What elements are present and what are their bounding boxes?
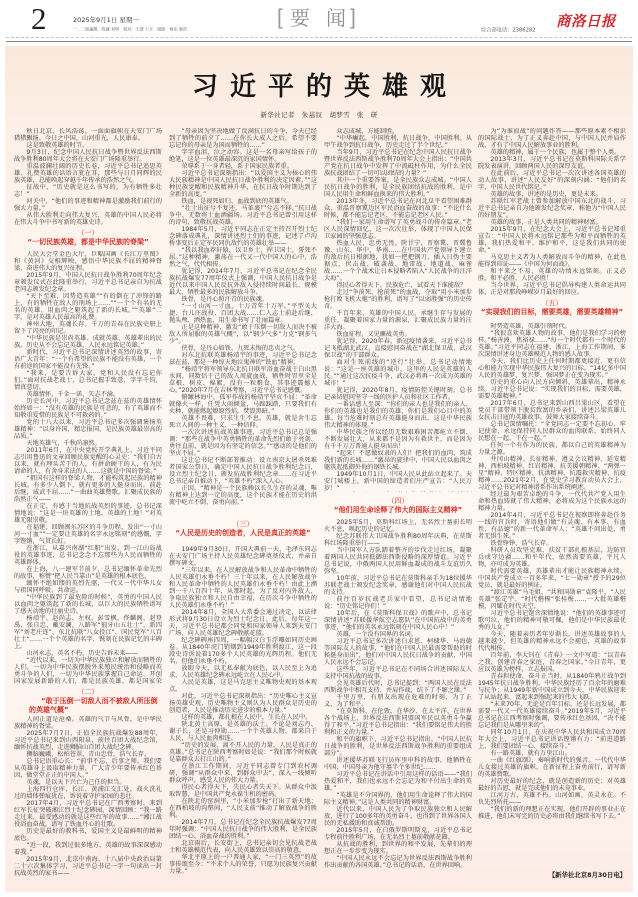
paragraph: “渡江英雄”马毛姐、“共和国勋章”袁隆平、“人民英雄”张定宇、“时代楷模”张桂梅… <box>478 589 626 610</box>
section-heading-5: （五） “实现我们的目标，需要英雄，需要英雄精神” <box>478 299 626 317</box>
paragraph: “英雄是不分国界的，他们用生命诠释了伟大的国际主义精神。”这是人类共同的精神财富… <box>324 792 472 806</box>
paragraph: 这是致敬英雄的时节。 <box>14 142 162 149</box>
paragraph: “我很喜欢英雄人物的故事，他们是我们学习的榜样。”杨善洲、焦裕禄……“每一个时代… <box>478 330 626 358</box>
paragraph: 2014年4月，习近平总书记在视察即将奔赴任务一线的官兵时，寄语他们做“有灵魂、… <box>478 512 626 540</box>
paragraph: 2014年7月，总书记在纪念全民族抗战爆发77周年时强调：“中国人民抗日战争的伟… <box>169 819 317 840</box>
paragraph: 2011年6月，在中央党校开学典礼上，习近平同志引用鲁迅的文章回顾民族觉醒的心灵… <box>14 447 162 475</box>
paragraph: 上海四行仓库，长江、黄浦江交汇处，战火洗礼过的墙体弹痕犹在，诉说着守护家园的悲壮… <box>14 786 162 800</box>
paragraph: 英魂，是以天下兴亡为己任的担当。 <box>14 779 162 786</box>
paragraph: 众志成城，方能制胜。 <box>324 128 472 135</box>
paragraph: “中华民族到了最危险的时候”，英勇的中国人民以血肉之躯筑起了新的长城，以巨大的民… <box>14 594 162 615</box>
paragraph: 一番话感人至深：“你们的亲人也是我们的亲人，你们的英雄也是我们的英雄，你们是我们… <box>324 401 472 429</box>
paragraph: 时势造英雄，英雄引领时代。 <box>478 323 626 330</box>
column-text-block: 1949年9月30日，开国大典前一天，毛泽东同志在天安门广场主持人民英雄纪念碑奠… <box>169 546 317 882</box>
paragraph: 对历史最好的纪念，就是创造新的历史；对英雄最好的告慰，就是完成他们的未竟事业。 <box>478 778 626 792</box>
column-text-block: 时势造英雄，英雄引领时代。 “我很喜欢英雄人物的故事，他们是我们学习的榜样。”杨… <box>478 323 626 869</box>
paragraph: 2025年7月7日，正值全民族抗战爆发88周年，习近平总书记来到山西阳泉，前往百… <box>14 730 162 751</box>
column-text-block: 秋日北京，长风浩荡。一面面旗帜在天安门广场猎猎飘扬。今日之中国，山河重光，人民康… <box>14 128 162 226</box>
paragraph: 在正定，有感于当地抗战英烈的事迹，总书记深情地说：“这是一块英雄的土地，英雄的土… <box>14 503 162 524</box>
paragraph: 犹记得，2020年春，新冠疫情袭来，习近平总书记飞抵湖北武汉，直接慰问奋战在“湖… <box>324 338 472 359</box>
paragraph: 近代以来，中国人民为了争取民族独立和人民解放，进行了100多年的英勇奋斗，也得到… <box>324 806 472 827</box>
paragraph: 千里万里，有朋友出现在危难的时刻，为了正义、为了和平。 <box>324 694 472 708</box>
section-heading-3: （三） “人民是历史的创造者，人民是真正的英雄” <box>169 520 317 538</box>
paragraph: 新时代，习近平总书记深情讲述英烈的故事，寄语广大青年：“一个有希望的民族不能没有… <box>14 349 162 370</box>
paragraph: 时代需要英雄，英雄辈出才能让民族精神永续。中国共产党成立一百多年来，“七一勋章”… <box>478 568 626 589</box>
paragraph: 2014年8月，全国人大常委会通过决定，以法律形式将9月30日设立为烈士纪念日。… <box>169 609 317 637</box>
paragraph: 习近平总书记多次讲述白求恩、柯棣华、马海德等国际友人的故事，“他们在中国人民最需… <box>324 638 472 666</box>
column-text-block: 众志成城，方能制胜。 “中华崛起，中国胜利，抗日战争，中国胜利。从甲午战争到抗日… <box>324 128 472 492</box>
paragraph: 山河永志，英名不朽。历史告诉未来—— <box>14 650 162 657</box>
paragraph: 在此前后，习近平总书记一次次讲述各国英雄的动人故事，讲述“人民友好”的深刻内涵：… <box>478 170 626 191</box>
paragraph: “中华民族是崇尚英雄、成就英雄、英雄辈出的民族。历史从不会忘记英雄，人民永远铭记… <box>14 335 162 349</box>
paragraph: 2015年5月，在白俄罗斯明斯克，习近平总书记专程前往胜利广场，在无名烈士墓前敬… <box>324 827 472 841</box>
paragraph: 10年前，习近平总书记在莫斯科亲手为18位援华苏联老战士颁发纪念奖章，感谢他们对… <box>324 575 472 596</box>
paragraph: 在陕北的窑洞里，“小米加步枪”打出了新天地；在西柏坡的沟壑间，“人民支前”推动了… <box>169 798 317 819</box>
paragraph: 这些年，习近平总书记在不同场合讲述国际友人支持中国抗战的故事。 <box>324 666 472 680</box>
column-text-block: “母亲因为坚决地做了反满抗日的斗争，今天已经到了牺牲的前夕了……在你长大成人之后… <box>169 128 317 513</box>
paragraph: 纪念碑碑座四周，一幅幅汉白玉浮雕如同历史画卷。从1840年虎门销烟到1949年胜… <box>169 637 317 665</box>
paragraph: 为“为谁而战”的问题作答——那些原本素不相识的国际战士，为了正义奔赴中国，与中国… <box>478 128 626 149</box>
paragraph: 习近平总书记深刻指出：“以爱国主义为核心的伟大民族精神是中国人民抗日战争胜利的决… <box>169 170 317 198</box>
paragraph: 华北平原上的一户普通人家，“一门三英烈”的故事传颂至今：“不求个人的荣誉，只愿为… <box>169 854 317 875</box>
paragraph: 百年前，李大钊在《青春》一文中写道：“以青春之我，创建青春之家庭，青春之国家。”… <box>478 652 626 673</box>
paragraph: 字字血泪，泣之动容。这是一名母亲写给孩子的绝笔，这是一位英雄最深沉的家国情怀。 <box>169 149 317 163</box>
paragraph: 热血人民，忠勇无畏。陕甘宁、晋察冀、晋冀鲁豫、山东、华中、华南……在中国共产党领… <box>324 240 472 282</box>
paragraph: “我来，是要告诉大家，党和人民没有忘记你们。”面对抗战老战士，总书记握手致意，字… <box>14 370 162 391</box>
paragraph: 英雄情怀，千金一诺，矢志不渝。 <box>14 391 162 398</box>
paragraph: 铁血征程，又见鏖战英勇。 <box>324 331 472 338</box>
paragraph: 总书记深情嘱托：“全党同志一定要不忘初心、牢记使命，永远保持同人民群众的血肉联系… <box>478 421 626 442</box>
paragraph: 习近平总书记饱含深情地说：“他们的英雄事迹可歌可泣，他们的精神可敬可佩，他们是中… <box>478 610 626 631</box>
paragraph: 陕北黄土高原，是英雄的沃土。不论是刘志丹、谢子长，还是习仲勋……一个个英雄人物，… <box>169 721 317 742</box>
paragraph: 英雄的精神，属于一个民族，也属于整个人类。 <box>478 149 626 156</box>
paragraph: 这让总书记不断部署推动：设立南京大屠杀死难者国家公祭日，确定中国人民抗日战争胜利… <box>169 457 317 485</box>
paragraph: 人间正道是沧桑。英雄的气节与风骨，是中华民族精神的脊梁。 <box>14 716 162 730</box>
section-number: （四） <box>324 497 472 506</box>
paragraph: 历史的重心向人民方向倾斜，英雄辈出，精神永续。习近平总书记说：“实现我们的目标，… <box>478 379 626 400</box>
paragraph: 和平来之不易，英雄的功绩永远铭刻。正义必胜，和平必胜，人民必胜！ <box>478 268 626 282</box>
paragraph: 当中国军人方队踏着整齐的步伐走过红场，凝聚着两国人民共同抵御法西斯侵略的深厚情谊… <box>324 547 472 575</box>
paragraph: “近一段，我到过很多地方，英雄的故事深深感动着我。” <box>14 842 162 856</box>
paragraph: 有一路英雄，就有万里江山。 <box>478 750 626 757</box>
paragraph: 2017年4月，习近平总书记在广西考察时，来到红军长征突破湘江烈士纪念碑园，深情… <box>14 800 162 828</box>
article-column-2: “母亲因为坚决地做了反满抗日的斗争，今天已经到了牺牲的前夕了……在你长大成人之后… <box>169 0 317 897</box>
paragraph: 历史是最好的教科书，爱国主义是最鲜明的精神底色。 <box>14 828 162 842</box>
paragraph: 荣辱系于一身者轻，系于国家民族者重。 <box>169 163 317 170</box>
section-title: “他们用生命诠释了伟大的国际主义精神” <box>324 506 472 515</box>
paragraph: 2013年3月，习近平总书记在莫斯科国际关系学院发表演讲，回顾两国人民的深厚友谊… <box>478 156 626 170</box>
paragraph: 经过最为艰苦卓绝的斗争，一代代共产党人用生命和热血铸就了伟大精神，必将成为这个民… <box>478 491 626 512</box>
paragraph: 今天，随着亲历者年岁渐长，讲述英雄故事的人越来越少，但英雄的精神永远不会褪色，英… <box>478 631 626 652</box>
paragraph: 英雄的故事，正是人类共同的精神财富。 <box>478 219 626 226</box>
paragraph: 征战中，“历史就是这么书写的，为有牺牲多壮志！” <box>14 184 162 198</box>
paragraph: 江河万古，英雄不朽。山河如画，英灵永在。不负先烈所托—— <box>478 792 626 806</box>
paragraph: 9月3日，纪念中国人民抗日战争暨世界反法西斯战争胜利80周年大会将在天安门广场隆… <box>14 149 162 163</box>
paragraph: “我以我血荐轩辕，以卫乡土，捍卫国土，誓死不屈。”这种精神，激荡在一代又一代中国… <box>169 247 317 268</box>
paragraph: 英雄，一个没有国界的名词。 <box>324 631 472 638</box>
paragraph: 正因，“精神是一个民族赖以长久生存的灵魂，唯有精神上达到一定的高度，这个民族才能… <box>169 485 317 506</box>
paragraph: 1949年10月1日，中国人民从此站立起来了。天安门城楼上，新中国的缔造者们庄严… <box>324 471 472 492</box>
paragraph: 一曲《红旗颂》，奏响新时代的强音。一代代中华儿女接过英雄的旗帜，在新征程上奋勇前… <box>478 757 626 778</box>
paragraph: 在浙江，从嘉兴南湖“红船”出发，到一江山岛战役的英雄事迹，总书记念念不忘那些为人… <box>14 545 162 566</box>
paragraph: 2013年冬，习近平总书记在河北阜平看望困难群众，重温晋察冀边区军民浴血奋战的故… <box>324 198 472 219</box>
section-number: （二） <box>14 688 162 697</box>
paragraph: 英雄不畏难，只求生生不息。英雄，就是舍生忘死立人间的一种主义、一种信仰。 <box>169 415 317 429</box>
paragraph: 这样的英雄，都扎根在人民中，生长在人民中。 <box>169 714 317 721</box>
paragraph: “历史的发展，离不开人民的力量，人民是真正的英雄。”总书记在陕西考察时如是说：“… <box>169 742 317 763</box>
paragraph: “我们一家用生命谱写了英勇战斗的传奇篇章。”老区人民深情回忆，这一次次壮举，体现… <box>324 219 472 240</box>
paragraph: 铁骨，是丹心照汗青的民族魂。 <box>169 296 317 303</box>
section-heading-4: （四） “他们用生命诠释了伟大的国际主义精神” <box>324 497 472 515</box>
paragraph: 其中一个重要答案，是全民族众志成城。“中国人民抗日战争的胜利，是全民族团结抗战的… <box>324 177 472 198</box>
paragraph: “在莫斯科、在伦敦、在华沙、在太平洋、在世界各个战场上，世界反法西斯同盟国军民以… <box>324 708 472 736</box>
paragraph: “壮士出征兮不复还，马革裹尸兮志不移。”抗日战争中，无数将士血洒疆场。习近平总书… <box>169 205 317 226</box>
paragraph: 2025年5月，莫斯科红场上，无名烈士墓前长明火不息，唤起历史的记忆。 <box>324 519 472 533</box>
paragraph: 纪念苏联伟大卫国战争胜利80周年庆典，在莫斯科红场隆重举行—— <box>324 533 472 547</box>
section-title: “一切民族英雄，都是中华民族的脊梁” <box>14 238 162 247</box>
paragraph: 总书记语重心长：“前事不忘，后事之师。我们要从英雄身上汲取精神力量，广大青少年要… <box>14 758 162 779</box>
section-heading-1: （一） “一切民族英雄，都是中华民族的脊梁” <box>14 229 162 247</box>
paragraph: 2015年9月，北京中南海，十八届中央政治局第二十六次集体学习，习近平总书记一字… <box>14 856 162 877</box>
paragraph: 缅怀不绝如缕的英烈先驱，一代又一代中华儿女与祖国同呼吸、共命运。 <box>14 580 162 594</box>
paragraph: 中华民族之所以经历无数艰难困苦都屹立不倒、不断发展壮大，从来都不是因为有救世主，… <box>324 429 472 450</box>
paragraph: 放眼今天，以无私奉献为底色，以人民至上为追求，人民英雄纪念碑永远屹立在人民心中。 <box>169 665 317 679</box>
paragraph: “三年以来，在人民解放战争和人民革命中牺牲的人民英雄们永垂不朽！三十年以来，在人… <box>169 567 317 609</box>
section-number: （一） <box>14 229 162 238</box>
paragraph: 侠骨，是丹心如铁、九死未悔的忠贞之气。 <box>169 345 317 352</box>
paragraph: “杨靖宇将军领导东北抗日联军浴血奋战于白山黑水间，同数倍于己的敌人周旋血战，牺牲… <box>169 366 317 394</box>
paragraph: 对此，习近平总书记深刻指出：“历史唯心主义宣扬英雄史观，历史唯物主义则认为人民群… <box>169 693 317 714</box>
paragraph: 从伟大胜利走向伟大复兴，英雄的中国人民必将在伟大斗争中书写新的英雄史诗。 <box>14 212 162 226</box>
paragraph: 铁骨铮铮，浩气长存。 <box>478 540 626 547</box>
section-number: （三） <box>169 520 317 529</box>
paragraph: “天下至难，因势造英雄”“有的倒在了冲锋的路上，有的牺牲在敌人的刑场上……”“一… <box>14 293 162 321</box>
paragraph: 历史长河中，习近平总书记念兹在兹的英雄情怀始终如一：“没有英雄的民族是可悲的，有… <box>14 398 162 419</box>
paragraph: 苏联红军老战士曾参加解放中国东北的战斗，习近平总书记亲自为他颁发纪念奖章，称他为… <box>478 198 626 219</box>
paragraph: 同年10月1日，在庆祝中华人民共和国成立70周年大会上，习近平总书记讲话铿锵有力… <box>478 729 626 750</box>
paragraph: 在福建，回顾闽东苏区的斗争历程，发出“一寸山河一寸血”“一定要让英雄的名字永远铭… <box>14 524 162 545</box>
paragraph: 井冈山精神、长征精神、遵义会议精神、延安精神、西柏坡精神、红岩精神、抗美援朝精神… <box>478 456 626 491</box>
article-column-4: 为“为谁而战”的问题作答——那些原本素不相识的国际战士，为了正义奔赴中国，与中国… <box>478 0 626 897</box>
paragraph: 人民是英雄，这是马克思主义唯物史观的基本观点。 <box>169 679 317 693</box>
paragraph: 1984年5月，习近平同志在正定主持召开烈士纪念碑落成典礼，深情讲述烈士们的事迹… <box>169 226 317 247</box>
paragraph: 科研人员攻坚克难，扶贫干部扎根基层，边防官兵戍守边疆……和平年代，依然需要英雄，… <box>478 547 626 568</box>
paragraph: 对东北抗联英雄杨靖宇的事迹，习近平总书记念兹在兹，那是一种惊天地泣鬼神的“铁血”… <box>169 352 317 366</box>
article-dateline: 【新华社北京8月30日电】 <box>478 871 626 880</box>
paragraph: 河关中，“他们的事迹和精神都是激励我们前行的强大力量。” <box>14 198 162 212</box>
article-column-3: 众志成城，方能制胜。 “中华崛起，中国胜利，抗日战争，中国胜利。从甲午战争到抗日… <box>324 0 472 897</box>
paragraph: 神州大地，英魂长存。千万的青春在民族史册上留下了闪亮的印记。 <box>14 321 162 335</box>
paragraph: 犹记得，2014年7月，习近平总书记在纪念全民族抗战爆发77周年仪式上强调，中国… <box>169 268 317 296</box>
paragraph: 马克思主义者为人类解放而斗争的精神，在此也能得到印证——《中国为何而战》。 <box>478 254 626 268</box>
paragraph: 秋日北京，长风浩荡。一面面旗帜在天安门广场猎猎飘扬。今日之中国，山河重光，人民康… <box>14 128 162 142</box>
paragraph: 铁血，是视死如归、血战到底的英雄气。 <box>169 198 317 205</box>
paragraph: 重温波澜壮阔的历史长卷，习近平总书记追思英雄、礼赞英雄的话语言犹在耳，那些与日月… <box>14 163 162 184</box>
paragraph: 俯瞰林海中，孤军作战的杨靖宇坚贞不屈：“革命就像火一样，任凭大雨倾盆，马蹄踩踏，… <box>169 394 317 415</box>
paragraph: 10年后，在《莫斯科保卫战》的歌声中，总书记深情讲述“苏联援华航空志愿队”在中国… <box>324 610 472 631</box>
paragraph: “一寸山河一寸血，十万青年十万军。”平型关大捷、台儿庄战役、百团大战……仁人志士… <box>169 303 317 324</box>
paragraph: 2015年9月，中国人民抗日战争胜利70周年纪念章颁发仪式在此隆重举行，习近平总… <box>14 272 162 293</box>
paragraph: 人民大会堂金色大厅，巨幅国画《长江万里图》和《黄河》交相辉映，感悟中华民族不屈的… <box>14 251 162 272</box>
paragraph: 一次次讲述抗战英雄事迹，习近平总书记总是强调：“那些在战争中英勇牺牲的革命先烈们… <box>169 429 317 457</box>
paragraph: 千百年来，英雄的中国人民，承继生存与发展的重任，凝聚着国家力量的源泉，汇聚成民族… <box>324 310 472 331</box>
paragraph: 正是这种精神，激发“敢于压倒一切敌人而决不被敌人所屈服的英雄气概”，以“钢少气多… <box>169 324 317 345</box>
paragraph: 任何一个有作为的民族，都以自己的英雄精神为力量之源。 <box>478 442 626 456</box>
article-column-1: 秋日北京，长风浩荡。一面面旗帜在天安门广场猎猎飘扬。今日之中国，山河重光，人民康… <box>14 0 162 897</box>
column-text-block: 2025年5月，莫斯科红场上，无名烈士墓前长明火不息，唤起历史的记忆。 纪念苏联… <box>324 519 472 883</box>
paragraph: 习近平总书记在讲话中引用这样的话语——“我们热爱和平，我们也永远不会忘记为和平付… <box>324 771 472 792</box>
paragraph: 1949年9月30日，开国大典前一天，毛泽东同志在天安门广场主持人民英雄纪念碑奠… <box>169 546 317 567</box>
column-text-block: 人民大会堂金色大厅，巨幅国画《长江万里图》和《黄河》交相辉映，感悟中华民族不屈的… <box>14 251 162 685</box>
paragraph: 天地英雄气，千秋尚凛然。 <box>14 440 162 447</box>
column-text-block: 人间正道是沧桑。英雄的气节与风骨，是中华民族精神的脊梁。 2025年7月7日，正… <box>14 716 162 884</box>
paragraph: 在上海，八一建军节前夕，总书记缅怀革命先烈的故事，称赞“把人民当靠山”是英雄的根… <box>14 566 162 580</box>
paragraph: 青春担使命，奋斗正当时。从1840年鸦片战争到1945年抗日战争胜利，中华民族经… <box>478 673 626 701</box>
paragraph: “中华崛起，中国胜利，抗日战争，中国胜利。从甲午战争到抗日战争，历史走过了半个世… <box>324 135 472 149</box>
section-title: “敢于压倒一切敌人而不被敌人所压倒的英雄气概” <box>14 697 162 715</box>
section-number: （五） <box>478 299 626 308</box>
paragraph: “祖国有这样的脊梁人物，才能构筑起民族的精神长城。有多少人倒下，就有更多的人挺身… <box>14 475 162 503</box>
paragraph: 英雄的故事，讲述的是历史，更是未来。 <box>478 191 626 198</box>
paragraph: 党的十八大以来，习近平总书记多次强调褒扬英雄精神：“以身许国，精忠报国，是民族英… <box>14 419 162 440</box>
paragraph: “中国人民永远不会忘记为世界反法西斯战争胜利作出贡献的各国英雄。”总书记的话语，… <box>324 855 472 869</box>
paragraph: 在浙江工作期间，习近平同志曾专门到农村调研，强调“从群众中来，到群众中去”，深入… <box>169 763 317 784</box>
paragraph: 从抗战的胜利，到世界的和平发展，先辈们的理想正在一步步变为现实。 <box>324 841 472 855</box>
paragraph: 得民心者得天下，失民心者失天下。从群众中汲取智慧，是中国共产党永葆生机的密码。 <box>169 784 317 798</box>
paragraph: 当年9月，习近平总书记在纪念中国人民抗日战争暨世界反法西斯战争胜利70周年大会上… <box>324 149 472 177</box>
paragraph: 会见英雄后代时，总书记提到：“两国人民在反法西斯战争中相互支持、并肩作战，结下了… <box>324 680 472 694</box>
paragraph: 2017年6月，总书记来到山西吕梁山区，看望在党员干部带领下脱贫致富的乡亲们，讲… <box>478 400 626 421</box>
paragraph: 杨靖宇、赵尚志、左权、彭雪枫、佟麟阁、赵登禹、张自忠、戴安澜，八路军“狼牙山五壮… <box>14 615 162 650</box>
paragraph: 走过“争前死、抢前死”的血战，夺取“用小米加步枪打败飞机大炮”的胜利，谱写了“以… <box>324 289 472 310</box>
paragraph: “母亲因为坚决地做了反满抗日的斗争，今天已经到了牺牲的前夕了……在你长大成人之后… <box>169 128 317 149</box>
paragraph: 2015年9月，在纪念大会上，习近平总书记郑重宣告：“中国人民将永远铭记那些为和… <box>478 226 626 254</box>
paragraph: 今天，我们比历史上任何时期都更接近、更有信心和能力实现中华民族伟大复兴的目标。“… <box>478 358 626 379</box>
section-heading-2: （二） “敢于压倒一切敌人而不被敌人所压倒的英雄气概” <box>14 688 162 715</box>
paragraph: 得民心者得天下。民族危亡，试看天下谁能敌？ <box>324 282 472 289</box>
paragraph: 和平的旗帜下，习近平总书记指出，“中国人民抗日战争的胜利，是世界反法西斯战争胜利… <box>324 736 472 757</box>
paragraph: “未来70年，无论是百年目标，还是长远发展，都需要一代又一代英雄接续奋斗。”20… <box>478 701 626 729</box>
paragraph: 面对生死前线的“逆行”壮举，总书记动情地说：“这是一座英雄的城市，这里的人民是英… <box>324 359 472 387</box>
paragraph: 当今世界，习近平总书记倡导构建人类命运共同体，正是对那段峥嵘岁月最好的回应。 <box>478 282 626 296</box>
paragraph: 讲述援华苏联飞行员库里申科的故事，他牺牲在中国，中国母亲为他守墓半个多世纪…… <box>324 757 472 771</box>
section-title: “实现我们的目标，需要英雄，需要英雄精神” <box>478 308 626 317</box>
paragraph: “我们的新的理想正在实现，他们开辟的事业正在推进，他们未写完的历史必将由我们继续… <box>478 806 626 820</box>
paragraph: 狮脑巍峨，松柏苍翠，青山忠骨，浩气长存。 <box>14 751 162 758</box>
column-text-block: 为“为谁而战”的问题作答——那些原本素不相识的国际战士，为了正义奔赴中国，与中国… <box>478 128 626 296</box>
section-title: “人民是历史的创造者，人民是真正的英雄” <box>169 529 317 538</box>
paragraph: “近代以来，一切为中华民族独立和解放而牺牲的人们，一切为中华民族摆脱外来殖民统治… <box>14 657 162 685</box>
paragraph: 犹记得，2020年8月，疫情防控关键时刻，总书记亲切慰问坚守一线的医护人员和社区… <box>324 387 472 401</box>
paragraph: “起来！不愿做奴隶的人们！把我们的血肉，筑成我们新的长城……”激昂的旋律中，中国… <box>324 450 472 471</box>
paragraph: 北京雨后，长安街上，总书记亲切会见抗战老战士和英雄模范代表，向人民英雄致以崇高的… <box>169 840 317 854</box>
paragraph: 前往百岁抗战老兵家中看望，总书记动情地说：“历史铭记你们！” <box>324 596 472 610</box>
